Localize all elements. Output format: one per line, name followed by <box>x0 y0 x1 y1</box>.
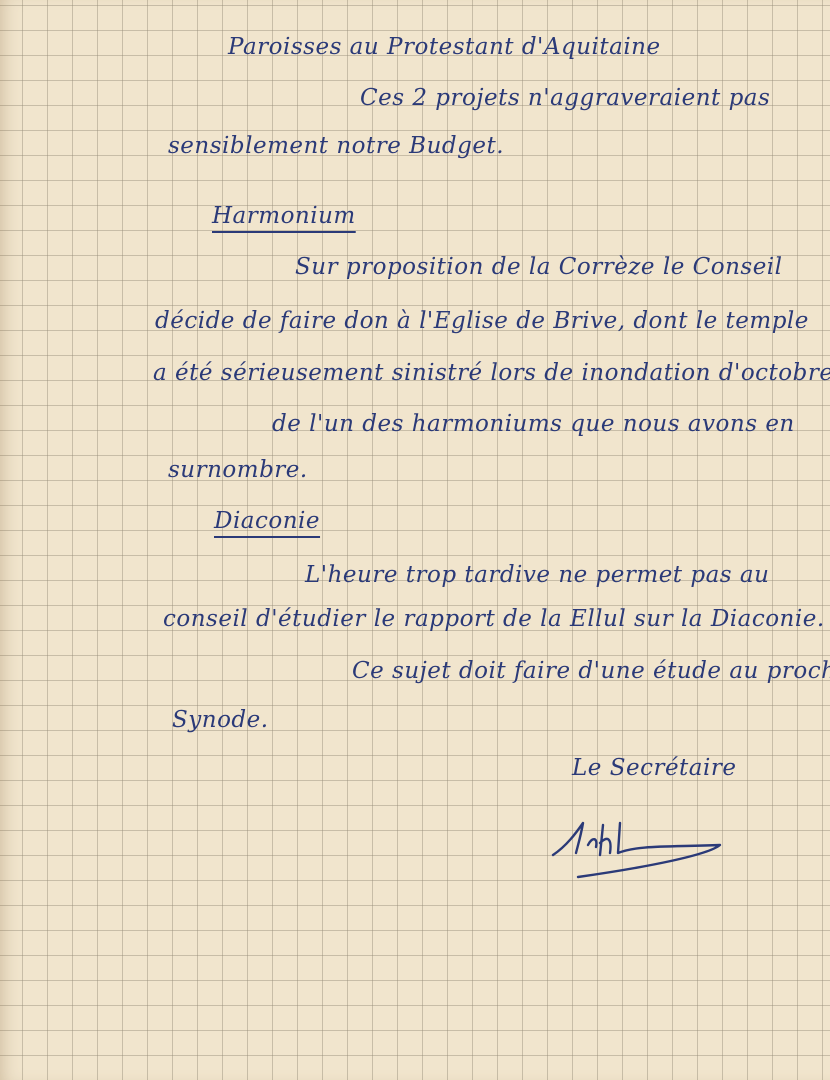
text-line: Ce sujet doit faire d'une étude au proch… <box>352 658 830 684</box>
text-line: a été sérieusement sinistré lors de inon… <box>153 360 830 386</box>
closing-title: Le Secrétaire <box>572 755 736 781</box>
text-line: surnombre. <box>168 457 308 483</box>
section-heading-diaconie: Diaconie <box>214 508 320 534</box>
signature-icon <box>548 815 728 880</box>
text-line: Sur proposition de la Corrèze le Conseil <box>295 254 783 280</box>
section-heading-harmonium: Harmonium <box>212 203 356 229</box>
text-line: Paroisses au Protestant d'Aquitaine <box>228 34 661 60</box>
text-line: décide de faire don à l'Eglise de Brive,… <box>155 308 809 334</box>
text-line: Synode. <box>172 707 269 733</box>
text-line: sensiblement notre Budget. <box>168 133 504 159</box>
text-line: de l'un des harmoniums que nous avons en <box>272 411 795 437</box>
text-line: L'heure trop tardive ne permet pas au <box>305 562 769 588</box>
text-line: Ces 2 projets n'aggraveraient pas <box>360 85 770 111</box>
text-line: conseil d'étudier le rapport de la Ellul… <box>163 606 825 632</box>
notebook-page: Paroisses au Protestant d'Aquitaine Ces … <box>0 0 830 1080</box>
